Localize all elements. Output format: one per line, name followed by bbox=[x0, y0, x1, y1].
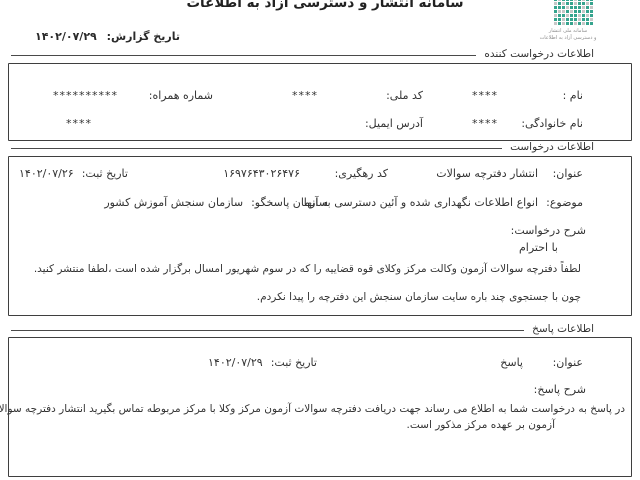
requester-row-2: نام خانوادگی: **** آدرس ایمیل: **** bbox=[19, 116, 583, 131]
subject-label: موضوع: bbox=[538, 195, 583, 210]
responder-label: سازمان پاسخگو: bbox=[251, 196, 328, 209]
section-response-legend: اطلاعات پاسخ bbox=[532, 323, 594, 335]
section-requester-header: اطلاعات درخواست کننده bbox=[0, 46, 640, 62]
section-request-box: عنوان: انتشار دفترچه سوالات کد رهگیری: ۱… bbox=[8, 156, 632, 316]
request-body-line-1: لطفاً دفترچه سوالات آزمون وکالت مرکز وکل… bbox=[19, 262, 581, 277]
response-description-label: شرح پاسخ: bbox=[19, 382, 586, 397]
section-response-box: عنوان: پاسخ تاریخ ثبت:۱۴۰۲/۰۷/۲۹ شرح پاس… bbox=[8, 337, 632, 477]
section-rule bbox=[11, 55, 476, 56]
section-response-header: اطلاعات پاسخ bbox=[0, 321, 640, 337]
mobile-label: شماره همراه: bbox=[118, 88, 213, 103]
request-date-value: ۱۴۰۲/۰۷/۲۶ bbox=[19, 167, 74, 180]
subject-value: انواع اطلاعات نگهداری شده و آئین دسترسی … bbox=[328, 195, 538, 210]
section-rule bbox=[11, 330, 524, 331]
response-body-line-2: آزمون بر عهده مرکز مذکور است. bbox=[19, 418, 555, 433]
request-body-line-2: چون با جستجوی چند باره سایت سازمان سنجش … bbox=[19, 290, 581, 305]
report-page: سامانه انتشار و دسترسی آزاد به اطلاعات س… bbox=[0, 0, 640, 480]
mobile-value: ********** bbox=[19, 88, 118, 103]
email-value: **** bbox=[48, 116, 328, 131]
report-date-label: تاریخ گزارش: bbox=[107, 30, 180, 43]
request-date-label: تاریخ ثبت: bbox=[82, 167, 128, 180]
request-title-value: انتشار دفترچه سوالات bbox=[388, 166, 538, 181]
tracking-code-value: ۱۶۹۷۶۴۳۰۲۶۴۷۶ bbox=[188, 166, 333, 181]
tracking-code-label: کد رهگیری: bbox=[333, 166, 388, 181]
responder-pair: سازمان پاسخگو:سازمان سنجش آموزش کشور bbox=[0, 195, 328, 210]
request-row-1: عنوان: انتشار دفترچه سوالات کد رهگیری: ۱… bbox=[19, 166, 583, 181]
email-label: آدرس ایمیل: bbox=[328, 116, 423, 131]
last-name-value: **** bbox=[423, 116, 513, 131]
response-date-label: تاریخ ثبت: bbox=[271, 356, 317, 369]
request-salutation: با احترام bbox=[19, 240, 558, 255]
page-title: سامانه انتشار و دسترسی آزاد به اطلاعات bbox=[10, 0, 640, 11]
section-request-legend: اطلاعات درخواست bbox=[510, 141, 594, 153]
last-name-label: نام خانوادگی: bbox=[513, 116, 583, 131]
responder-value: سازمان سنجش آموزش کشور bbox=[104, 196, 243, 209]
section-requester-legend: اطلاعات درخواست کننده bbox=[484, 48, 594, 60]
section-request-header: اطلاعات درخواست bbox=[0, 139, 640, 155]
app-logo bbox=[553, 0, 593, 26]
response-title-label: عنوان: bbox=[538, 355, 583, 370]
response-date-pair: تاریخ ثبت:۱۴۰۲/۰۷/۲۹ bbox=[208, 355, 428, 370]
report-date: تاریخ گزارش: ۱۴۰۲/۰۷/۲۹ bbox=[38, 30, 180, 43]
report-date-value: ۱۴۰۲/۰۷/۲۹ bbox=[35, 30, 97, 43]
response-row-1: عنوان: پاسخ تاریخ ثبت:۱۴۰۲/۰۷/۲۹ bbox=[19, 355, 583, 370]
response-date-value: ۱۴۰۲/۰۷/۲۹ bbox=[208, 356, 263, 369]
logo-caption-line2: و دسترسی آزاد به اطلاعات bbox=[508, 35, 628, 42]
response-body-line-1: در پاسخ به درخواست شما به اطلاع می رساند… bbox=[19, 402, 625, 417]
section-rule bbox=[11, 148, 502, 149]
response-title-value: پاسخ bbox=[428, 355, 538, 370]
request-date-pair: تاریخ ثبت:۱۴۰۲/۰۷/۲۶ bbox=[19, 166, 188, 181]
national-code-value: **** bbox=[213, 88, 328, 103]
national-code-label: کد ملی: bbox=[328, 88, 423, 103]
name-label: نام : bbox=[513, 88, 583, 103]
logo-caption-line1: سامانه ملی انتشار bbox=[508, 28, 628, 35]
request-title-label: عنوان: bbox=[538, 166, 583, 181]
request-row-2: موضوع: انواع اطلاعات نگهداری شده و آئین … bbox=[19, 195, 583, 210]
name-value: **** bbox=[423, 88, 513, 103]
section-requester-box: نام : **** کد ملی: **** شماره همراه: ***… bbox=[8, 63, 632, 141]
requester-row-1: نام : **** کد ملی: **** شماره همراه: ***… bbox=[19, 88, 583, 103]
request-description-label: شرح درخواست: bbox=[19, 223, 586, 238]
logo-dot-grid-icon bbox=[553, 0, 593, 26]
logo-caption: سامانه ملی انتشار و دسترسی آزاد به اطلاع… bbox=[508, 28, 628, 42]
